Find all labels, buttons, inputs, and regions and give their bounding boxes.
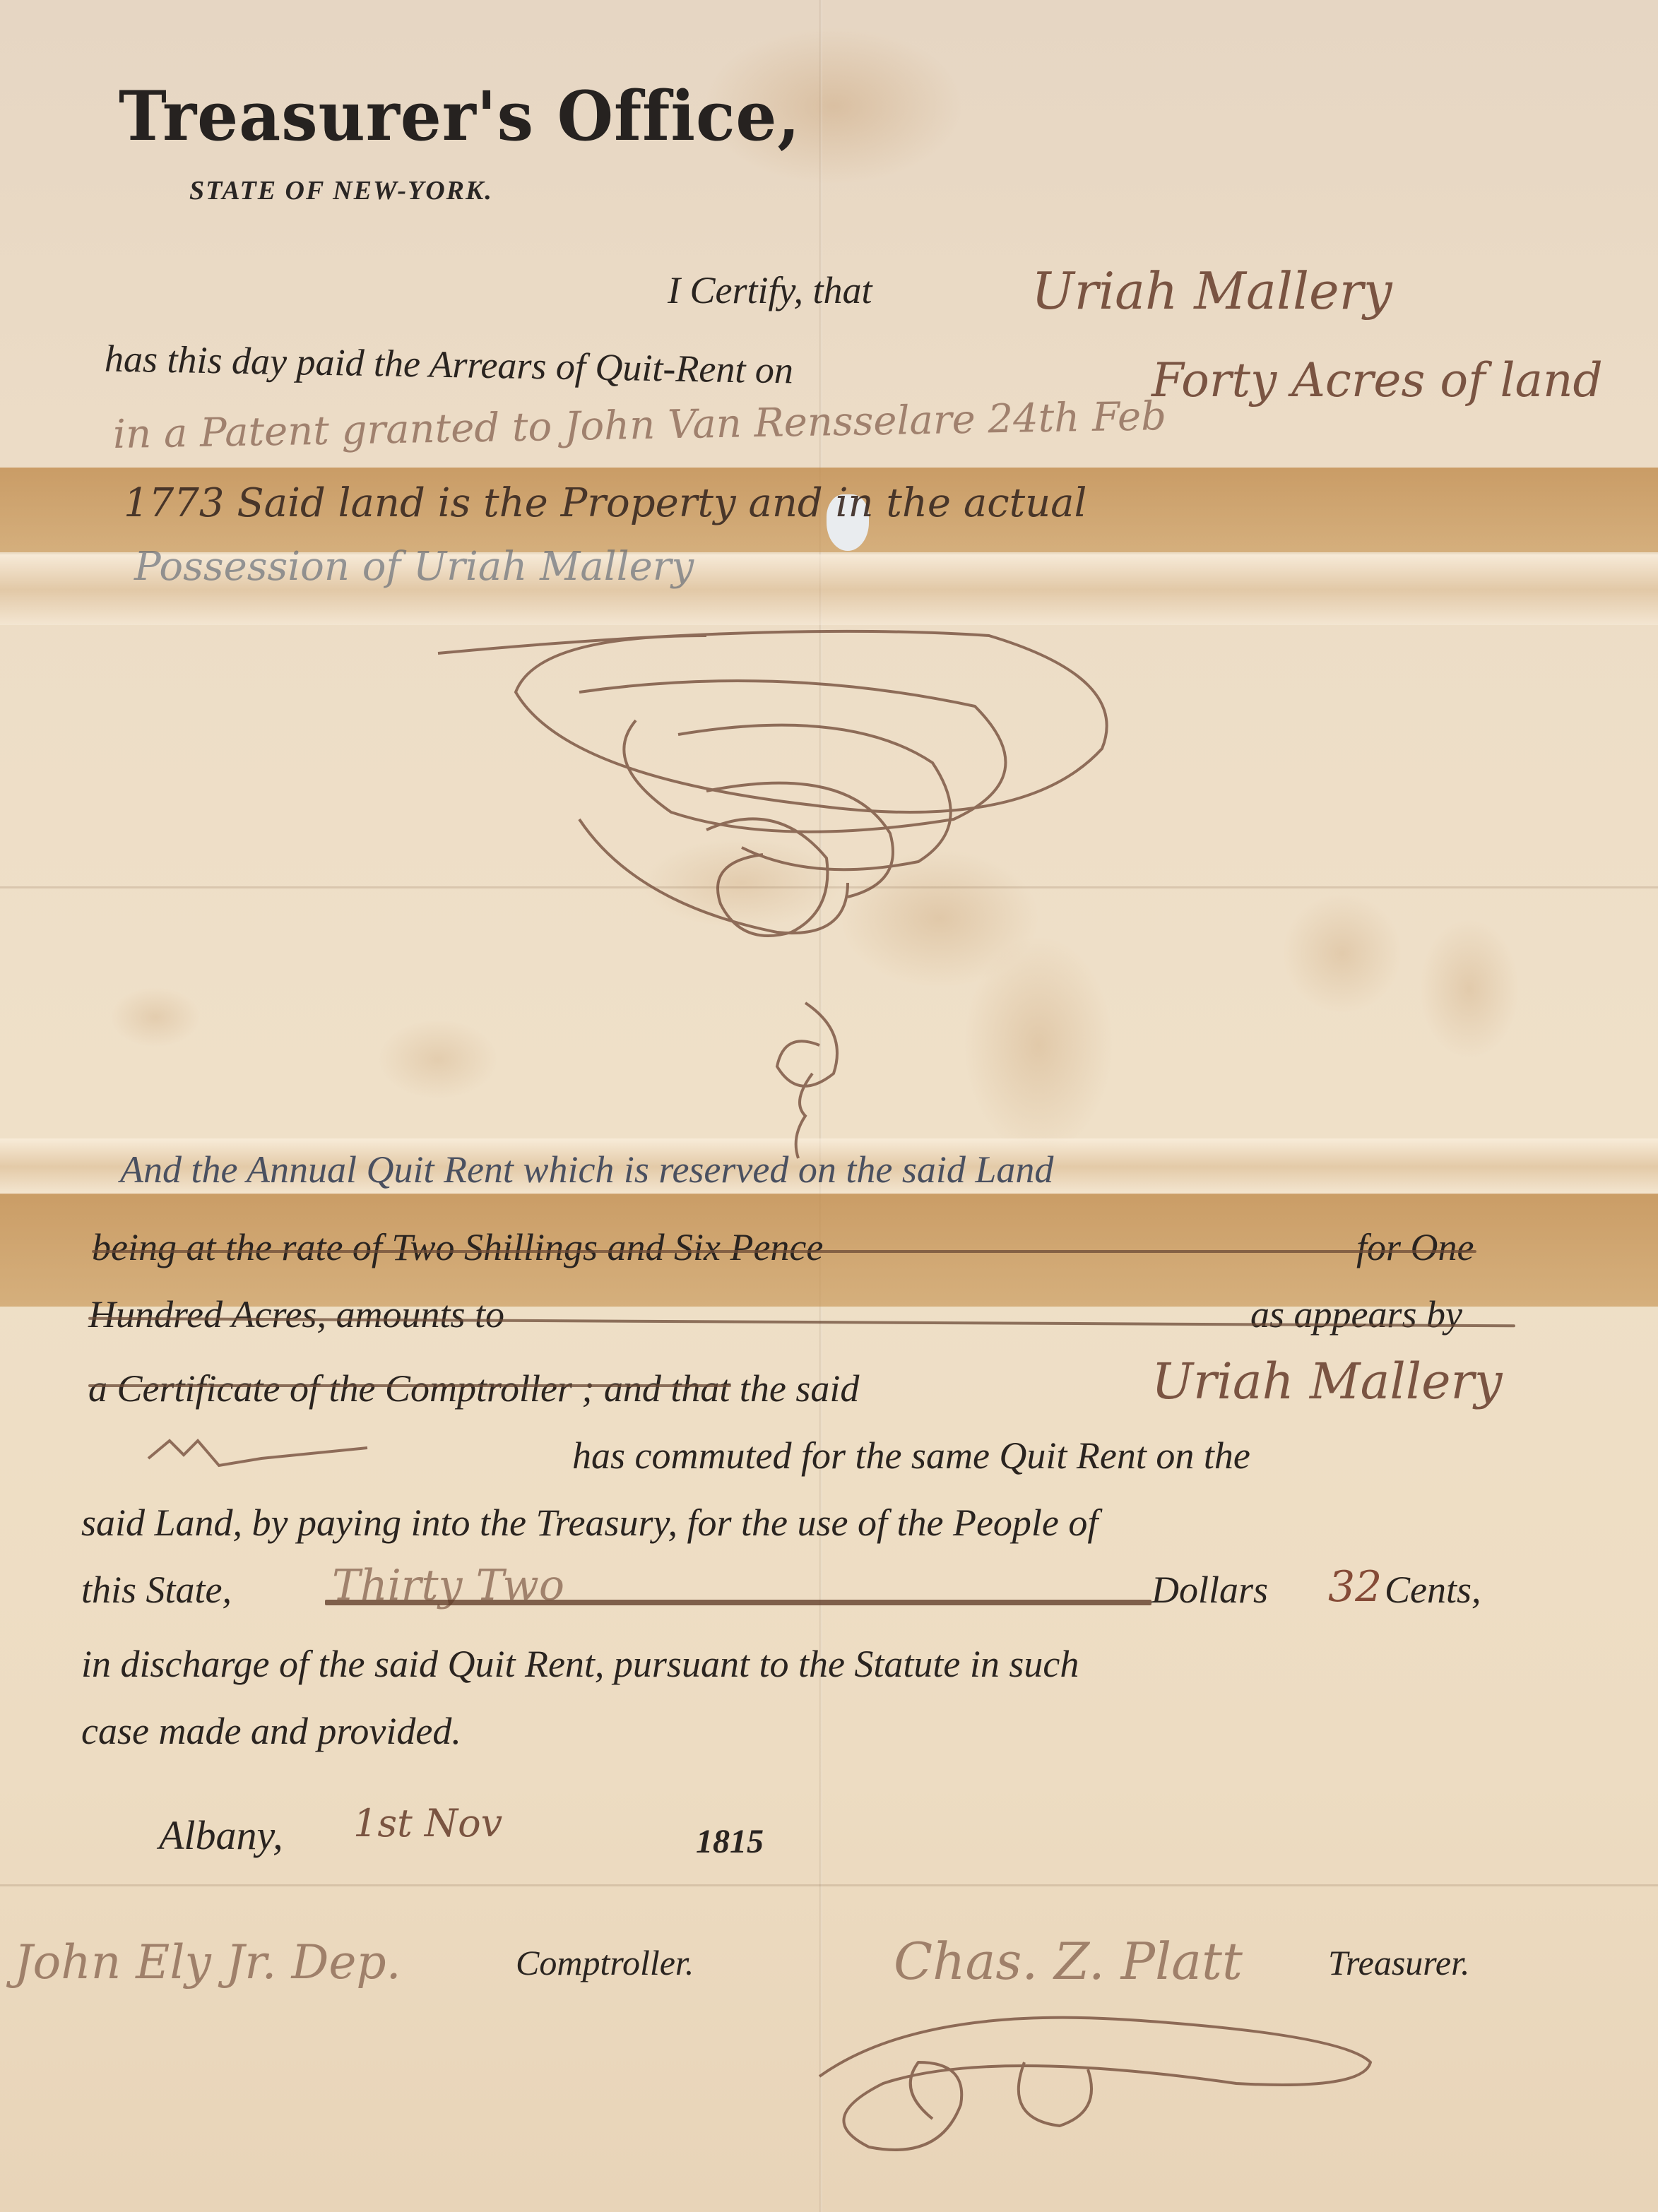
strike-line (92, 1250, 1476, 1253)
this-state-text: this State, (81, 1568, 232, 1612)
possession-handwritten: Possession of Uriah Mallery (134, 544, 694, 590)
treasury-text: said Land, by paying into the Treasury, … (81, 1501, 1098, 1545)
as-appears-text: as appears by (1250, 1292, 1462, 1336)
property-handwritten: 1773 Said land is the Property and in th… (124, 480, 1086, 526)
horizontal-fold-line (0, 1884, 1658, 1886)
office-title: Treasurer's Office, (119, 76, 800, 156)
commuted-text: has commuted for the same Quit Rent on t… (572, 1434, 1250, 1477)
annual-quit-rent-text: And the Annual Quit Rent which is reserv… (120, 1148, 1053, 1191)
treasurer-title: Treasurer. (1328, 1942, 1470, 1983)
strike-line (88, 1384, 731, 1387)
case-provided-text: case made and provided. (81, 1709, 461, 1753)
hundred-acres-text: Hundred Acres, amounts to (88, 1292, 504, 1336)
discharge-text: in discharge of the said Quit Rent, purs… (81, 1642, 1079, 1686)
place-text: Albany, (159, 1812, 283, 1859)
rate-text: being at the rate of Two Shillings and S… (92, 1225, 823, 1269)
vertical-fold-line (819, 0, 822, 2212)
acreage-handwritten: Forty Acres of land (1151, 353, 1603, 408)
dollars-text: Dollars (1151, 1568, 1268, 1612)
certificate-text: a Certificate of the Comptroller ; and t… (88, 1367, 859, 1410)
for-one-text: for One (1356, 1225, 1474, 1269)
date-day-handwritten: 1st Nov (353, 1801, 502, 1845)
comptroller-signature: John Ely Jr. Dep. (14, 1935, 401, 1990)
payer-name-handwritten: Uriah Mallery (1031, 261, 1392, 321)
comptroller-title: Comptroller. (516, 1942, 694, 1983)
treasurer-signature: Chas. Z. Platt (894, 1932, 1243, 1991)
amount-flourish-line (325, 1600, 1151, 1605)
certify-text: I Certify, that (668, 268, 872, 312)
year-text: 1815 (696, 1822, 764, 1861)
cents-text: Cents, (1385, 1568, 1481, 1612)
document-paper (0, 0, 1658, 2212)
state-subtitle: STATE OF NEW-YORK. (189, 175, 493, 206)
cents-amount-handwritten: 32 (1328, 1562, 1382, 1612)
payer-name-repeat-handwritten: Uriah Mallery (1151, 1352, 1503, 1410)
horizontal-fold-line (0, 886, 1658, 888)
